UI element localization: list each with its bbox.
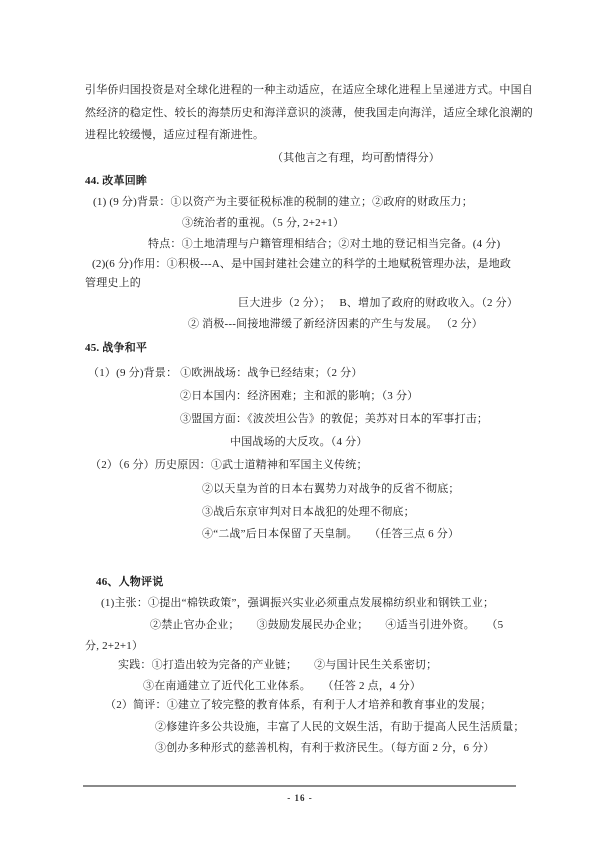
answer-line-q46: 分, 2+2+1） <box>85 639 143 653</box>
question-45-heading: 45. 战争和平 <box>85 341 147 355</box>
intro-paragraph-line: 然经济的稳定性、较长的海禁历史和海洋意识的淡薄，使我国走向海洋，适应全球化浪潮的 <box>85 106 533 120</box>
answer-line-q46: ②修建许多公共设施，丰富了人民的文娱生活，有助于提高人民生活质量； <box>155 720 525 734</box>
answer-line-q45: ④“二战”后日本保留了天皇制。 （任答三点 6 分） <box>202 527 459 541</box>
answer-line-q45: 中国战场的大反攻。（4 分） <box>230 435 368 449</box>
answer-line-q44: 特点：①土地清理与户籍管理相结合；②对土地的登记相当完备。(4 分) <box>148 237 500 251</box>
answer-line-q46: (1)主张：①提出“棉铁政策”，强调振兴实业必须重点发展棉纺织业和钢铁工业； <box>101 596 494 610</box>
intro-paragraph-line: 引华侨归国投资是对全球化进程的一种主动适应，在适应全球化进程上呈递进方式。中国自 <box>85 83 533 97</box>
grading-note: （其他言之有理，均可酌情得分） <box>272 151 440 165</box>
answer-line-q45: （1）(9 分)背景： ①欧洲战场：战争已经结束；（2 分） <box>88 366 363 380</box>
question-44-heading: 44. 改革回眸 <box>85 174 147 188</box>
document-page: 引华侨归国投资是对全球化进程的一种主动适应，在适应全球化进程上呈递进方式。中国自… <box>0 0 600 848</box>
answer-line-q45: ③战后东京审判对日本战犯的处理不彻底； <box>202 505 415 519</box>
answer-line-q44: (2)(6 分)作用：①积极---A、是中国封建社会建立的科学的土地赋税管理办法… <box>92 257 511 271</box>
answer-line-q44: (1) (9 分)背景：①以资产为主要征税标准的税制的建立；②政府的财政压力； <box>93 195 473 209</box>
answer-line-q46: ②禁止官办企业； ③鼓励发展民办企业； ④适当引进外资。 （5 <box>150 618 503 632</box>
answer-line-q44: 巨大进步（2 分）； B、增加了政府的财政收入。（2 分） <box>238 296 518 310</box>
answer-line-q45: ③盟国方面：《波茨坦公告》的敦促；美苏对日本的军事打击； <box>180 412 488 426</box>
question-46-heading: 46、人物评说 <box>96 575 163 589</box>
answer-line-q45: （2）（6 分）历史原因：①武士道精神和军国主义传统； <box>90 458 368 472</box>
answer-line-q46: ③创办多种形式的慈善机构，有利于救济民生。（每方面 2 分，6 分） <box>155 741 495 755</box>
answer-line-q44: 管理史上的 <box>85 276 141 290</box>
answer-line-q45: ②以天皇为首的日本右翼势力对战争的反省不彻底； <box>202 482 460 496</box>
footer-divider <box>83 785 516 787</box>
answer-line-q46: ③在南通建立了近代化工业体系。 （任答 2 点，4 分） <box>143 679 421 693</box>
answer-line-q45: ②日本国内：经济困难；主和派的影响；（3 分） <box>180 389 418 403</box>
answer-line-q46: 实践：①打造出较为完备的产业链； ②与国计民生关系密切； <box>118 658 437 672</box>
intro-paragraph-line: 进程比较缓慢，适应过程有渐进性。 <box>85 128 264 142</box>
page-number: - 16 - <box>0 793 600 803</box>
answer-line-q46: （2）简评：①建立了较完整的教育体系，有利于人才培养和教育事业的发展； <box>105 698 492 712</box>
answer-line-q44: ② 消极---间接地滞缓了新经济因素的产生与发展。 （2 分） <box>188 317 483 331</box>
answer-line-q44: ③统治者的重视。（5 分, 2+2+1） <box>182 216 344 230</box>
